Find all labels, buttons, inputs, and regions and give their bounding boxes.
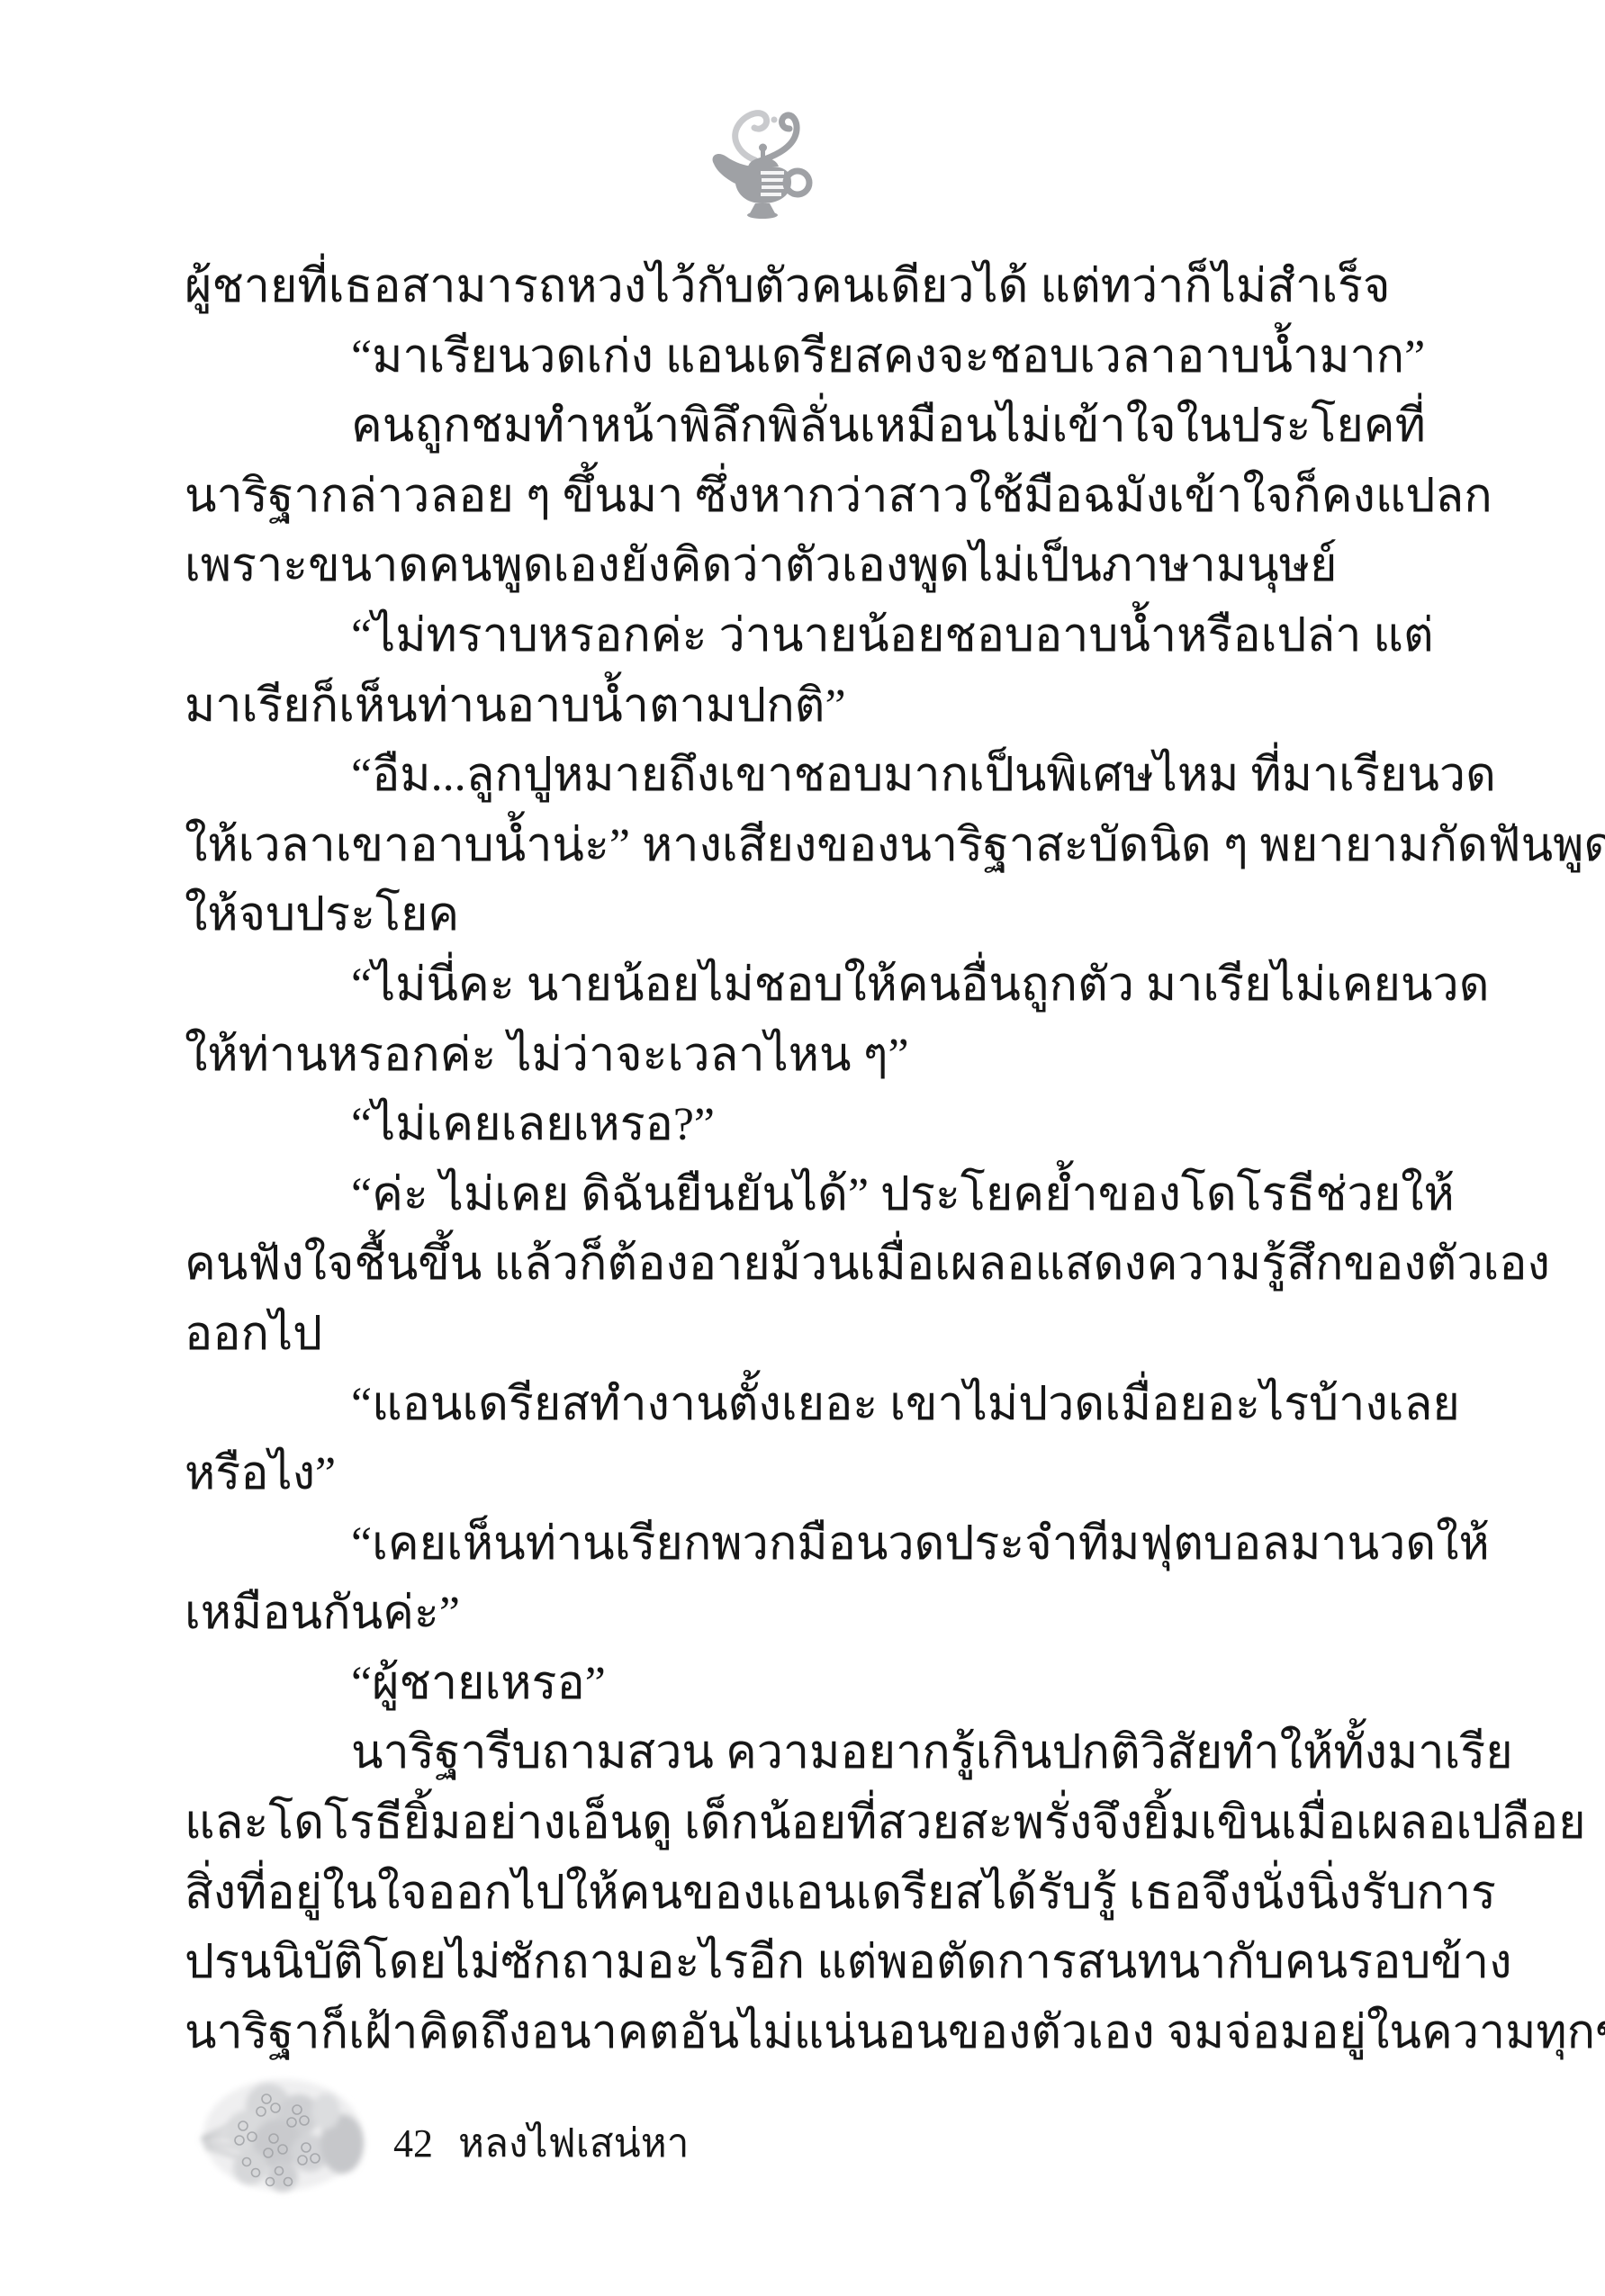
text-line: “ค่ะ ไม่เคย ดิฉันยืนยันได้” ประโยคย้ำของ… [185,1160,1425,1230]
text-line: เหมือนกันค่ะ” [185,1579,1425,1649]
page-footer: 42หลงไฟเสน่หา [393,2120,689,2167]
text-line: “ไม่ทราบหรอกค่ะ ว่านายน้อยชอบอาบน้ำหรือเ… [185,601,1425,671]
page-number: 42 [393,2120,433,2167]
text-line: หรือไง” [185,1439,1425,1509]
text-line: “แอนเดรียสทำงานตั้งเยอะ เขาไม่ปวดเมื่อยอ… [185,1370,1425,1440]
text-line: นาริฐาก็เฝ้าคิดถึงอนาคตอันไม่แน่นอนของตั… [185,1998,1425,2068]
text-line: คนถูกชมทำหน้าพิลึกพิลั่นเหมือนไม่เข้าใจใ… [185,392,1425,462]
book-page: ผู้ชายที่เธอสามารถหวงไว้กับตัวคนเดียวได้… [0,0,1605,2296]
text-line: ปรนนิบัติโดยไม่ซักถามอะไรอีก แต่พอตัดการ… [185,1928,1425,1998]
text-line: “ผู้ชายเหรอ” [185,1649,1425,1719]
text-line: ให้จบประโยค [185,880,1425,950]
book-title: หลงไฟเสน่หา [458,2120,689,2167]
text-line: คนฟังใจชื้นขึ้น แล้วก็ต้องอายม้วนเมื่อเผ… [185,1229,1425,1300]
text-line: ให้ท่านหรอกค่ะ ไม่ว่าจะเวลาไหน ๆ” [185,1021,1425,1091]
text-line: “อืม...ลูกปูหมายถึงเขาชอบมากเป็นพิเศษไหม… [185,741,1425,811]
text-line: มาเรียก็เห็นท่านอาบน้ำตามปกติ” [185,671,1425,742]
flower-bouquet-ornament-icon [191,2068,375,2200]
text-line: “เคยเห็นท่านเรียกพวกมือนวดประจำทีมฟุตบอล… [185,1509,1425,1580]
text-line: นาริฐากล่าวลอย ๆ ขึ้นมา ซึ่งหากว่าสาวใช้… [185,462,1425,532]
text-line: “มาเรียนวดเก่ง แอนเดรียสคงจะชอบเวลาอาบน้… [185,322,1425,392]
body-text: ผู้ชายที่เธอสามารถหวงไว้กับตัวคนเดียวได้… [185,252,1425,2067]
text-line: “ไม่นี่คะ นายน้อยไม่ชอบให้คนอื่นถูกตัว ม… [185,950,1425,1021]
text-line: เพราะขนาดคนพูดเองยังคิดว่าตัวเองพูดไม่เป… [185,531,1425,601]
text-line: นาริฐารีบถามสวน ความอยากรู้เกินปกติวิสัย… [185,1718,1425,1788]
text-line: ให้เวลาเขาอาบน้ำน่ะ” หางเสียงของนาริฐาสะ… [185,811,1425,881]
text-line: “ไม่เคยเลยเหรอ?” [185,1090,1425,1160]
text-line: ผู้ชายที่เธอสามารถหวงไว้กับตัวคนเดียวได้… [185,252,1425,322]
teapot-steam-ornament-icon [705,97,820,223]
text-line: สิ่งที่อยู่ในใจออกไปให้คนของแอนเดรียสได้… [185,1859,1425,1929]
text-line: และโดโรธียิ้มอย่างเอ็นดู เด็กน้อยที่สวยส… [185,1788,1425,1859]
text-line: ออกไป [185,1300,1425,1370]
